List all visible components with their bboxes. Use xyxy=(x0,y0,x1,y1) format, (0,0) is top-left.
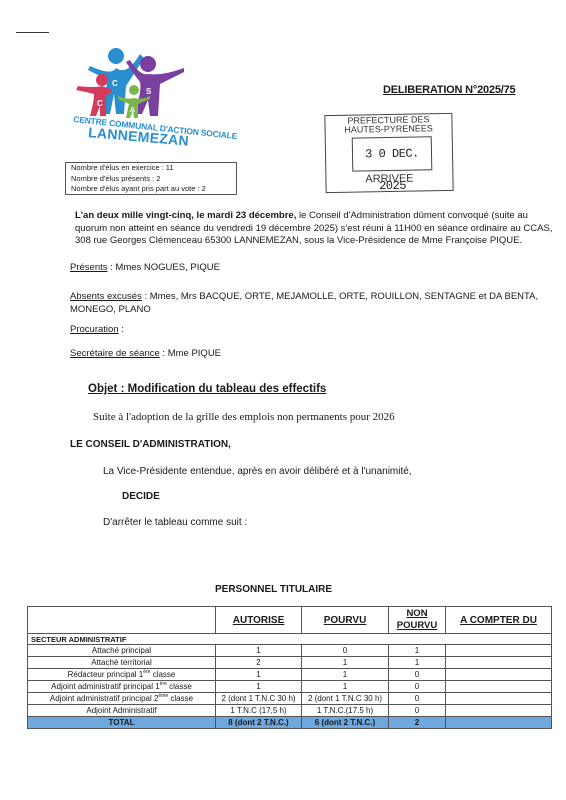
grade-cell: Attaché territorial xyxy=(28,657,216,669)
table-title: PERSONNEL TITULAIRE xyxy=(215,584,332,595)
presents-line: Présents : Mmes NOGUES, PIQUE xyxy=(70,262,220,275)
conseil-heading: LE CONSEIL D'ADMINISTRATION, xyxy=(70,439,231,450)
grade-cell: Attaché principal xyxy=(28,645,216,657)
total-non-pourvu-cell: 2 xyxy=(389,717,446,729)
secretaire-value: : Mme PIQUE xyxy=(160,348,221,359)
intro-paragraph: L'an deux mille vingt-cinq, le mardi 23 … xyxy=(75,210,553,248)
svg-text:A: A xyxy=(130,107,135,114)
suite-text: Suite à l'adoption de la grille des empl… xyxy=(93,411,395,423)
non-pourvu-cell: 0 xyxy=(389,693,446,705)
a-compter-cell xyxy=(446,645,552,657)
non-pourvu-cell: 0 xyxy=(389,669,446,681)
a-compter-cell xyxy=(446,669,552,681)
total-label-cell: TOTAL xyxy=(28,717,216,729)
objet-heading: Objet : Modification du tableau des effe… xyxy=(88,383,326,395)
effectifs-table: AUTORISE POURVU NONPOURVU A COMPTER DU S… xyxy=(27,606,552,729)
prefecture-stamp: PREFECTURE DES HAUTES-PYRENEES 3 0 DEC. … xyxy=(324,113,453,193)
total-a-compter-cell xyxy=(446,717,552,729)
pourvu-cell: 1 xyxy=(302,681,389,693)
header-pourvu: POURVU xyxy=(302,607,389,634)
elus-box: Nombre d'élus en exercice : 11 Nombre d'… xyxy=(65,162,237,195)
intro-date: L'an deux mille vingt-cinq, le mardi 23 … xyxy=(75,210,296,221)
grade-cell: Rédacteur principal 1ère classe xyxy=(28,669,216,681)
procuration-line: Procuration : xyxy=(70,324,124,337)
table-row: Adjoint administratif principal 1ère cla… xyxy=(28,681,552,693)
deliberation-number: DELIBERATION N°2025/75 xyxy=(383,84,515,96)
table-row: Attaché principal101 xyxy=(28,645,552,657)
procuration-value: : xyxy=(119,324,124,335)
header-a-compter: A COMPTER DU xyxy=(446,607,552,634)
grade-cell: Adjoint administratif principal 1ère cla… xyxy=(28,681,216,693)
arreter-text: D'arrêter le tableau comme suit : xyxy=(103,517,247,528)
non-pourvu-cell: 1 xyxy=(389,657,446,669)
autorise-cell: 1 T.N.C (17,5 h) xyxy=(216,705,302,717)
scan-mark xyxy=(16,32,49,33)
vice-text: La Vice-Présidente entendue, après en av… xyxy=(103,466,412,477)
absents-label: Absents excusés xyxy=(70,291,142,302)
secretaire-line: Secrétaire de séance : Mme PIQUE xyxy=(70,348,221,361)
svg-text:C: C xyxy=(112,79,118,88)
svg-text:C: C xyxy=(97,99,103,108)
a-compter-cell xyxy=(446,681,552,693)
non-pourvu-cell: 1 xyxy=(389,645,446,657)
autorise-cell: 2 xyxy=(216,657,302,669)
sector-label: SECTEUR ADMINISTRATIF xyxy=(28,634,552,645)
svg-text:S: S xyxy=(146,87,152,96)
presents-label: Présents xyxy=(70,262,108,273)
table-header-row: AUTORISE POURVU NONPOURVU A COMPTER DU xyxy=(28,607,552,634)
non-pourvu-cell: 0 xyxy=(389,681,446,693)
elus-presents: Nombre d'élus présents : 2 xyxy=(71,174,236,185)
secretaire-label: Secrétaire de séance xyxy=(70,348,160,359)
stamp-line2: HAUTES-PYRENEES xyxy=(326,124,452,135)
table-row: Adjoint administratif principal 2ème cla… xyxy=(28,693,552,705)
pourvu-cell: 1 T.N.C.(17.5 h) xyxy=(302,705,389,717)
autorise-cell: 1 xyxy=(216,669,302,681)
absents-line: Absents excusés : Mmes, Mrs BACQUE, ORTE… xyxy=(70,291,540,316)
total-autorise-cell: 8 (dont 2 T.N.C.) xyxy=(216,717,302,729)
stamp-status: ARRIVEE xyxy=(326,172,452,186)
header-non-pourvu: NONPOURVU xyxy=(389,607,446,634)
pourvu-cell: 1 xyxy=(302,669,389,681)
header-grade xyxy=(28,607,216,634)
header-autorise: AUTORISE xyxy=(216,607,302,634)
grade-cell: Adjoint Administratif xyxy=(28,705,216,717)
pourvu-cell: 0 xyxy=(302,645,389,657)
a-compter-cell xyxy=(446,705,552,717)
autorise-cell: 2 (dont 1 T.N.C 30 h) xyxy=(216,693,302,705)
total-row: TOTAL8 (dont 2 T.N.C.)6 (dont 2 T.N.C.)2 xyxy=(28,717,552,729)
table-row: Adjoint Administratif1 T.N.C (17,5 h)1 T… xyxy=(28,705,552,717)
decide-heading: DECIDE xyxy=(122,491,160,502)
a-compter-cell xyxy=(446,693,552,705)
grade-cell: Adjoint administratif principal 2ème cla… xyxy=(28,693,216,705)
a-compter-cell xyxy=(446,657,552,669)
elus-exercice: Nombre d'élus en exercice : 11 xyxy=(71,163,236,174)
total-pourvu-cell: 6 (dont 2 T.N.C.) xyxy=(302,717,389,729)
table-row: Rédacteur principal 1ère classe110 xyxy=(28,669,552,681)
elus-votants: Nombre d'élus ayant pris part au vote : … xyxy=(71,184,236,195)
non-pourvu-cell: 0 xyxy=(389,705,446,717)
pourvu-cell: 1 xyxy=(302,657,389,669)
pourvu-cell: 2 (dont 1 T.N.C 30 h) xyxy=(302,693,389,705)
presents-value: : Mmes NOGUES, PIQUE xyxy=(108,262,220,273)
stamp-date: 3 0 DEC. 2025 xyxy=(352,136,433,171)
sector-row: SECTEUR ADMINISTRATIF xyxy=(28,634,552,645)
autorise-cell: 1 xyxy=(216,681,302,693)
procuration-label: Procuration xyxy=(70,324,119,335)
table-row: Attaché territorial211 xyxy=(28,657,552,669)
autorise-cell: 1 xyxy=(216,645,302,657)
